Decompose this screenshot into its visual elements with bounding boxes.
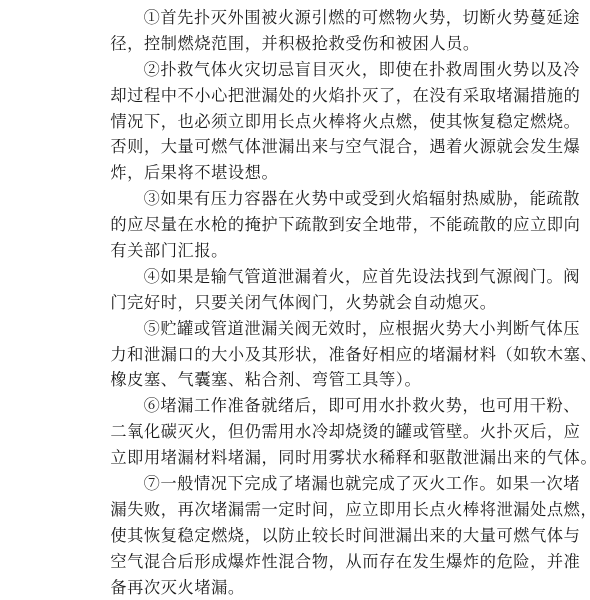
- text-line: 空气混合后形成爆炸性混合物，从而存在发生爆炸的危险，并准: [78, 549, 518, 575]
- text-line: 却过程中不小心把泄漏处的火焰扑灭了，在没有采取堵漏措施的: [78, 83, 518, 109]
- text-line: 使其恢复稳定燃烧，以防止较长时间泄漏出来的大量可燃气体与: [78, 523, 518, 549]
- paragraph-6: ⑥堵漏工作准备就绪后，即可用水扑救火势，也可用干粉、 二氧化碳灭火，但仍需用水冷…: [78, 393, 518, 471]
- text-line: 否则，大量可燃气体泄漏出来与空气混合，遇着火源就会发生爆: [78, 134, 518, 160]
- text-line: ⑦一般情况下完成了堵漏也就完成了灭火工作。如果一次堵: [78, 471, 518, 497]
- text-line: 立即用堵漏材料堵漏，同时用雾状水稀释和驱散泄漏出来的气体。: [78, 445, 518, 471]
- text-line: ⑤贮罐或管道泄漏关阀无效时，应根据火势大小判断气体压: [78, 316, 518, 342]
- text-line: ⑥堵漏工作准备就绪后，即可用水扑救火势，也可用干粉、: [78, 393, 518, 419]
- paragraph-5: ⑤贮罐或管道泄漏关阀无效时，应根据火势大小判断气体压 力和泄漏口的大小及其形状，…: [78, 316, 518, 394]
- text-line: ②扑救气体火灾切忌盲目灭火，即使在扑救周围火势以及冷: [78, 57, 518, 83]
- text-line: 的应尽量在水枪的掩护下疏散到安全地带，不能疏散的应立即向: [78, 212, 518, 238]
- text-line: 力和泄漏口的大小及其形状，准备好相应的堵漏材料（如软木塞、: [78, 342, 518, 368]
- text-line: 炸，后果将不堪设想。: [78, 160, 518, 186]
- paragraph-7: ⑦一般情况下完成了堵漏也就完成了灭火工作。如果一次堵 漏失败，再次堵漏需一定时间…: [78, 471, 518, 600]
- text-line: 橡皮塞、气囊塞、粘合剂、弯管工具等）。: [78, 367, 518, 393]
- text-line: ③如果有压力容器在火势中或受到火焰辐射热威胁，能疏散: [78, 186, 518, 212]
- paragraph-4: ④如果是输气管道泄漏着火，应首先设法找到气源阀门。阀 门完好时，只要关闭气体阀门…: [78, 264, 518, 316]
- text-line: 门完好时，只要关闭气体阀门，火势就会自动熄灭。: [78, 290, 518, 316]
- text-line: 有关部门汇报。: [78, 238, 518, 264]
- paragraph-2: ②扑救气体火灾切忌盲目灭火，即使在扑救周围火势以及冷 却过程中不小心把泄漏处的火…: [78, 57, 518, 186]
- paragraph-3: ③如果有压力容器在火势中或受到火焰辐射热威胁，能疏散 的应尽量在水枪的掩护下疏散…: [78, 186, 518, 264]
- text-line: ①首先扑灭外围被火源引燃的可燃物火势，切断火势蔓延途: [78, 5, 518, 31]
- text-line: 情况下，也必须立即用长点火棒将火点燃，使其恢复稳定燃烧。: [78, 109, 518, 135]
- text-line: ④如果是输气管道泄漏着火，应首先设法找到气源阀门。阀: [78, 264, 518, 290]
- document-page: ①首先扑灭外围被火源引燃的可燃物火势，切断火势蔓延途 径，控制燃烧范围，并积极抢…: [78, 5, 518, 600]
- text-line: 二氧化碳灭火，但仍需用水冷却烧烫的罐或管壁。火扑灭后，应: [78, 419, 518, 445]
- paragraph-1: ①首先扑灭外围被火源引燃的可燃物火势，切断火势蔓延途 径，控制燃烧范围，并积极抢…: [78, 5, 518, 57]
- text-line: 径，控制燃烧范围，并积极抢救受伤和被困人员。: [78, 31, 518, 57]
- text-line: 漏失败，再次堵漏需一定时间，应立即用长点火棒将泄漏处点燃，: [78, 497, 518, 523]
- text-line: 备再次灭火堵漏。: [78, 575, 518, 600]
